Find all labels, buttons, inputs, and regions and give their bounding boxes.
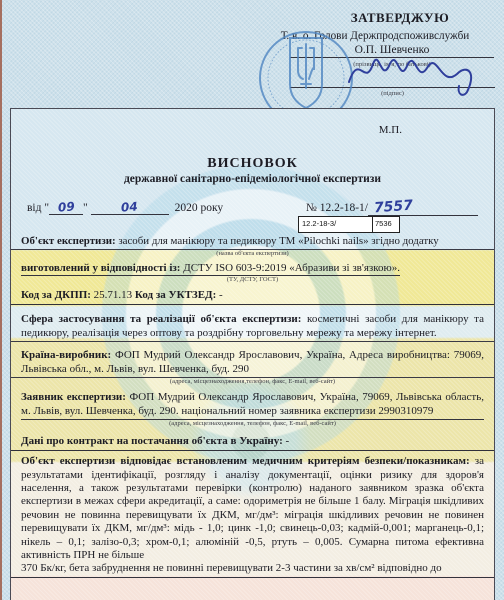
manufacturer-row: Країна-виробник: ФОП Мудрий Олександр Яр… <box>21 348 484 376</box>
signature-scribble-icon <box>345 42 485 98</box>
trident-icon <box>298 44 314 88</box>
dkpp-value: 25.71.13 <box>94 289 133 301</box>
standard-row: виготовлений у відповідності із: ДСТУ IS… <box>21 261 484 276</box>
reference-number: 7536 <box>373 217 399 232</box>
section-divider <box>11 450 494 451</box>
contract-row: Дані про контракт на постачання об'єкта … <box>21 434 484 448</box>
handwritten-day: 09 <box>57 199 75 214</box>
contract-value: - <box>286 435 290 447</box>
divider <box>11 341 494 342</box>
date-line: від "09" 042020 року <box>27 200 223 215</box>
manufacturer-label: Країна-виробник: <box>21 349 111 361</box>
conclusion-body: за результатами ідентифікації, розгляду … <box>21 455 484 561</box>
contract-label: Дані про контракт на постачання об'єкта … <box>21 435 283 447</box>
reference-box: 12.2-18-3/ 7536 <box>298 216 400 233</box>
conclusion-last-line: 370 Бк/кг, бета забруднення не повинні п… <box>11 562 494 577</box>
conclusion-paragraph: Об'єкт експертизи відповідає встановлени… <box>21 455 484 562</box>
section-divider <box>11 304 494 305</box>
codes-row: Код за ДКПП: 25.71.13 Код за УКТЗЕД: - <box>21 288 484 302</box>
conclusion-label: Об'єкт експертизи відповідає встановлени… <box>21 455 470 467</box>
applicant-row: Заявник експертизи: ФОП Мудрий Олександр… <box>21 390 484 420</box>
object-value: засоби для манікюру та педикюру ТМ «Pilo… <box>118 235 438 247</box>
object-row: Об'єкт експертизи: засоби для манікюру т… <box>21 234 484 248</box>
object-label: Об'єкт експертизи: <box>21 235 116 247</box>
handwritten-number: 7557 <box>374 199 414 216</box>
year-label: 2020 року <box>175 202 224 214</box>
standard-caption: (ТУ, ДСТУ, ГОСТ) <box>21 276 484 284</box>
number-label: № 12.2-18-1/ <box>306 202 368 214</box>
applicant-label: Заявник експертизи: <box>21 391 126 403</box>
scope-label: Сфера застосування та реалізації об'єкта… <box>21 313 301 325</box>
standard-value: ДСТУ ISO 603-9:2019 «Абразиви зі зв'язко… <box>183 262 400 274</box>
scanned-document-page: ЗАТВЕРДЖУЮ Т. в. о. Голови Держпродспожи… <box>0 0 504 600</box>
manufacturer-caption: (адреса, місцезнаходження,телефон, факс,… <box>21 378 484 386</box>
reference-prefix: 12.2-18-3/ <box>299 217 373 232</box>
document-subtitle: державної санітарно-епідеміологічної екс… <box>21 172 484 186</box>
document-body: М.П. ВИСНОВОК державної санітарно-епідем… <box>10 108 495 600</box>
applicant-caption: (адреса, місцезнаходження, телефон, факс… <box>21 420 484 428</box>
uktzed-value: - <box>219 289 223 301</box>
number-line: № 12.2-18-1/7557 <box>306 200 478 216</box>
date-number-row: від "09" 042020 року № 12.2-18-1/7557 <box>21 200 484 216</box>
scan-edge-artifact <box>0 0 2 600</box>
dkpp-label: Код за ДКПП: <box>21 289 91 301</box>
object-caption: (назва об'єкта експертизи) <box>21 250 484 258</box>
handwritten-month: 04 <box>121 199 139 214</box>
seal-placeholder: М.П. <box>379 123 402 137</box>
standard-label: виготовлений у відповідності із: <box>21 262 180 274</box>
uktzed-label: Код за УКТЗЕД: <box>135 289 216 301</box>
scope-row: Сфера застосування та реалізації об'єкта… <box>21 312 484 340</box>
document-title: ВИСНОВОК <box>21 157 484 171</box>
